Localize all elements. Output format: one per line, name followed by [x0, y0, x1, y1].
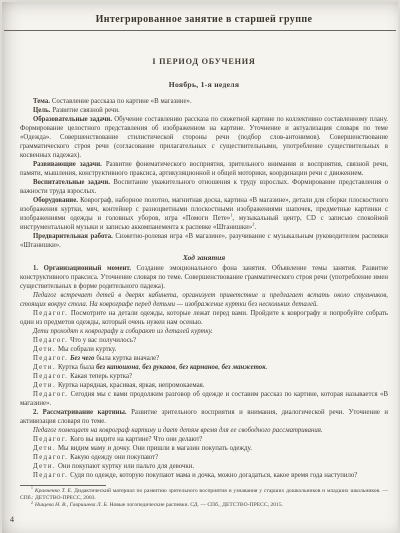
text-segment: Педагог. [33, 391, 68, 398]
dialog-line: Педагог. Судя по одежде, которую покупаю… [20, 471, 388, 480]
text-segment: Дети. [33, 364, 56, 371]
text-segment: Развивающие задачи. [33, 161, 102, 168]
dialog-line: Дети. Они покупают куртку или пальто для… [20, 462, 388, 471]
header-rule [4, 30, 396, 31]
text-segment: Кравченко Т. Е. [35, 488, 72, 494]
text-segment: Педагог. [33, 436, 68, 443]
text-segment: Дети. [33, 445, 56, 452]
text-segment: Какую одежду они покупают? [68, 454, 158, 461]
text-segment: Мы собрали куртку. [56, 346, 116, 353]
equipment-paragraph: Оборудование. Коврограф, наборное полотн… [20, 196, 388, 232]
dialog-line: Дети. Мы видим маму и дочку. Они пришли … [20, 444, 388, 453]
text-segment: Педагог. [33, 472, 68, 479]
page-number: 4 [10, 515, 14, 524]
dialog-line: Педагог. Какую одежду они покупают? [20, 453, 388, 462]
text-segment: 2. Рассматривание картины. [33, 409, 127, 416]
text-segment: Дети. [33, 346, 56, 353]
running-head: Интегрированное занятие в старшей группе [20, 14, 388, 26]
text-segment: Они покупают куртку или пальто для девоч… [56, 463, 194, 470]
text-segment: Без чего [70, 355, 94, 362]
text-segment: Тема. [33, 98, 50, 105]
text-segment: Воспитательные задачи. [33, 179, 110, 186]
text-segment: Педагог. [33, 373, 68, 380]
text-segment: Посмотрите на детали одежды, которые леж… [20, 310, 388, 326]
stage-direction: Педагог помещает на коврограф картину и … [20, 426, 388, 435]
text-segment: Дети. [33, 463, 56, 470]
body-paragraphs: Тема. Составление рассказа по картине «В… [20, 97, 388, 480]
text-segment: без манжеток [222, 364, 266, 371]
week-heading: Ноябрь, 1-я неделя [20, 80, 388, 89]
stage-2-paragraph: 2. Рассматривание картины. Развитие зрит… [20, 408, 388, 426]
text-segment: . [254, 224, 256, 231]
text-segment: Дети. [33, 382, 56, 389]
text-segment: Педагог. [33, 337, 68, 344]
dialog-line: Педагог. Сегодня мы с вами продолжим раз… [20, 390, 388, 408]
text-segment: Новые логопедические распевки. СД. — СПб… [108, 502, 283, 508]
educational-tasks-paragraph: Образовательные задачи. Обучение составл… [20, 115, 388, 160]
dialog-line: Педагог. Какая теперь куртка? [20, 372, 388, 381]
text-segment: Куртка была [56, 364, 96, 371]
footnotes: 1Кравченко Т. Е. Дидактический материал … [20, 488, 388, 510]
text-segment: без карманов [179, 364, 218, 371]
text-segment: Педагог. [33, 454, 68, 461]
footnote: 2Нищева Н. В., Гавришева Л. Б. Новые лог… [20, 502, 388, 509]
page-content: Интегрированное занятие в старшей группе… [2, 2, 398, 510]
text-segment: Сегодня мы с вами продолжим разговор об … [20, 391, 388, 407]
topic-paragraph: Тема. Составление рассказа по картине «В… [20, 97, 388, 106]
text-segment: Ход занятия [183, 253, 225, 262]
text-segment: Предварительная работа. [33, 233, 113, 240]
footnote: 1Кравченко Т. Е. Дидактический материал … [20, 488, 388, 502]
text-segment: Педагог встречает детей в дверях кабинет… [20, 292, 388, 308]
text-segment: Дети проходят к коврографу и собирают из… [33, 328, 213, 335]
text-segment: Образовательные задачи. [33, 116, 112, 123]
text-segment: Педагог. [33, 310, 68, 317]
text-segment: Мы видим маму и дочку. Они пришли в мага… [56, 445, 252, 452]
text-segment: Куртка нарядная, красивая, яркая, непром… [56, 382, 204, 389]
text-segment: Нищева Н. В., Гавришева Л. Б. [35, 502, 108, 508]
stage-1-paragraph: 1. Организационный момент. Создание эмоц… [20, 264, 388, 291]
text-segment: без капюшона [96, 364, 139, 371]
book-page: Интегрированное занятие в старшей группе… [2, 2, 398, 533]
footnote-marker: 2 [31, 501, 33, 505]
dialog-line: Дети. Куртка была без капюшона, без рука… [20, 363, 388, 372]
preliminary-work-paragraph: Предварительная работа. Сюжетно-ролевая … [20, 232, 388, 250]
footnote-area: 1Кравченко Т. Е. Дидактический материал … [20, 485, 388, 510]
upbringing-tasks-paragraph: Воспитательные задачи. Воспитание уважит… [20, 178, 388, 196]
text-segment: Какая теперь куртка? [68, 373, 132, 380]
text-segment: Цель. [33, 107, 50, 114]
text-segment: Оборудование. [33, 197, 78, 204]
dialog-line: Педагог. Что у вас получилось? [20, 336, 388, 345]
dialog-line: Дети. Мы собрали куртку. [20, 345, 388, 354]
dialog-line: Педагог. Без чего была куртка вначале? [20, 354, 388, 363]
text-segment: . [266, 364, 268, 371]
goal-paragraph: Цель. Развитие связной речи. [20, 106, 388, 115]
text-segment: Составление рассказа по картине «В магаз… [50, 98, 192, 105]
dialog-line: Педагог. Кого вы видите на картине? Что … [20, 435, 388, 444]
dialog-line: Дети. Куртка нарядная, красивая, яркая, … [20, 381, 388, 390]
text-segment: Педагог. [33, 355, 68, 362]
footnote-marker: 1 [31, 486, 33, 490]
text-segment: Дидактический материал по развитию зрите… [20, 488, 388, 501]
period-heading: I ПЕРИОД ОБУЧЕНИЯ [20, 57, 388, 66]
text-segment: Судя по одежде, которую покупают мама и … [68, 472, 357, 479]
developmental-tasks-paragraph: Развивающие задачи. Развитие фонематичес… [20, 160, 388, 178]
text-segment: Педагог помещает на коврограф картину и … [33, 427, 323, 434]
text-segment: без рукавов [142, 364, 175, 371]
stage-direction: Педагог встречает детей в дверях кабинет… [20, 291, 388, 309]
text-segment: была куртка вначале? [94, 355, 159, 362]
text-segment: 1. Организационный момент. [33, 265, 131, 272]
text-segment: Кого вы видите на картине? Что они делаю… [68, 436, 202, 443]
text-segment: Развитие связной речи. [50, 107, 119, 114]
text-segment: Что у вас получилось? [68, 337, 136, 344]
dialog-line: Педагог. Посмотрите на детали одежды, ко… [20, 309, 388, 327]
stage-direction: Дети проходят к коврографу и собирают из… [20, 327, 388, 336]
lesson-course-heading: Ход занятия [20, 253, 388, 262]
